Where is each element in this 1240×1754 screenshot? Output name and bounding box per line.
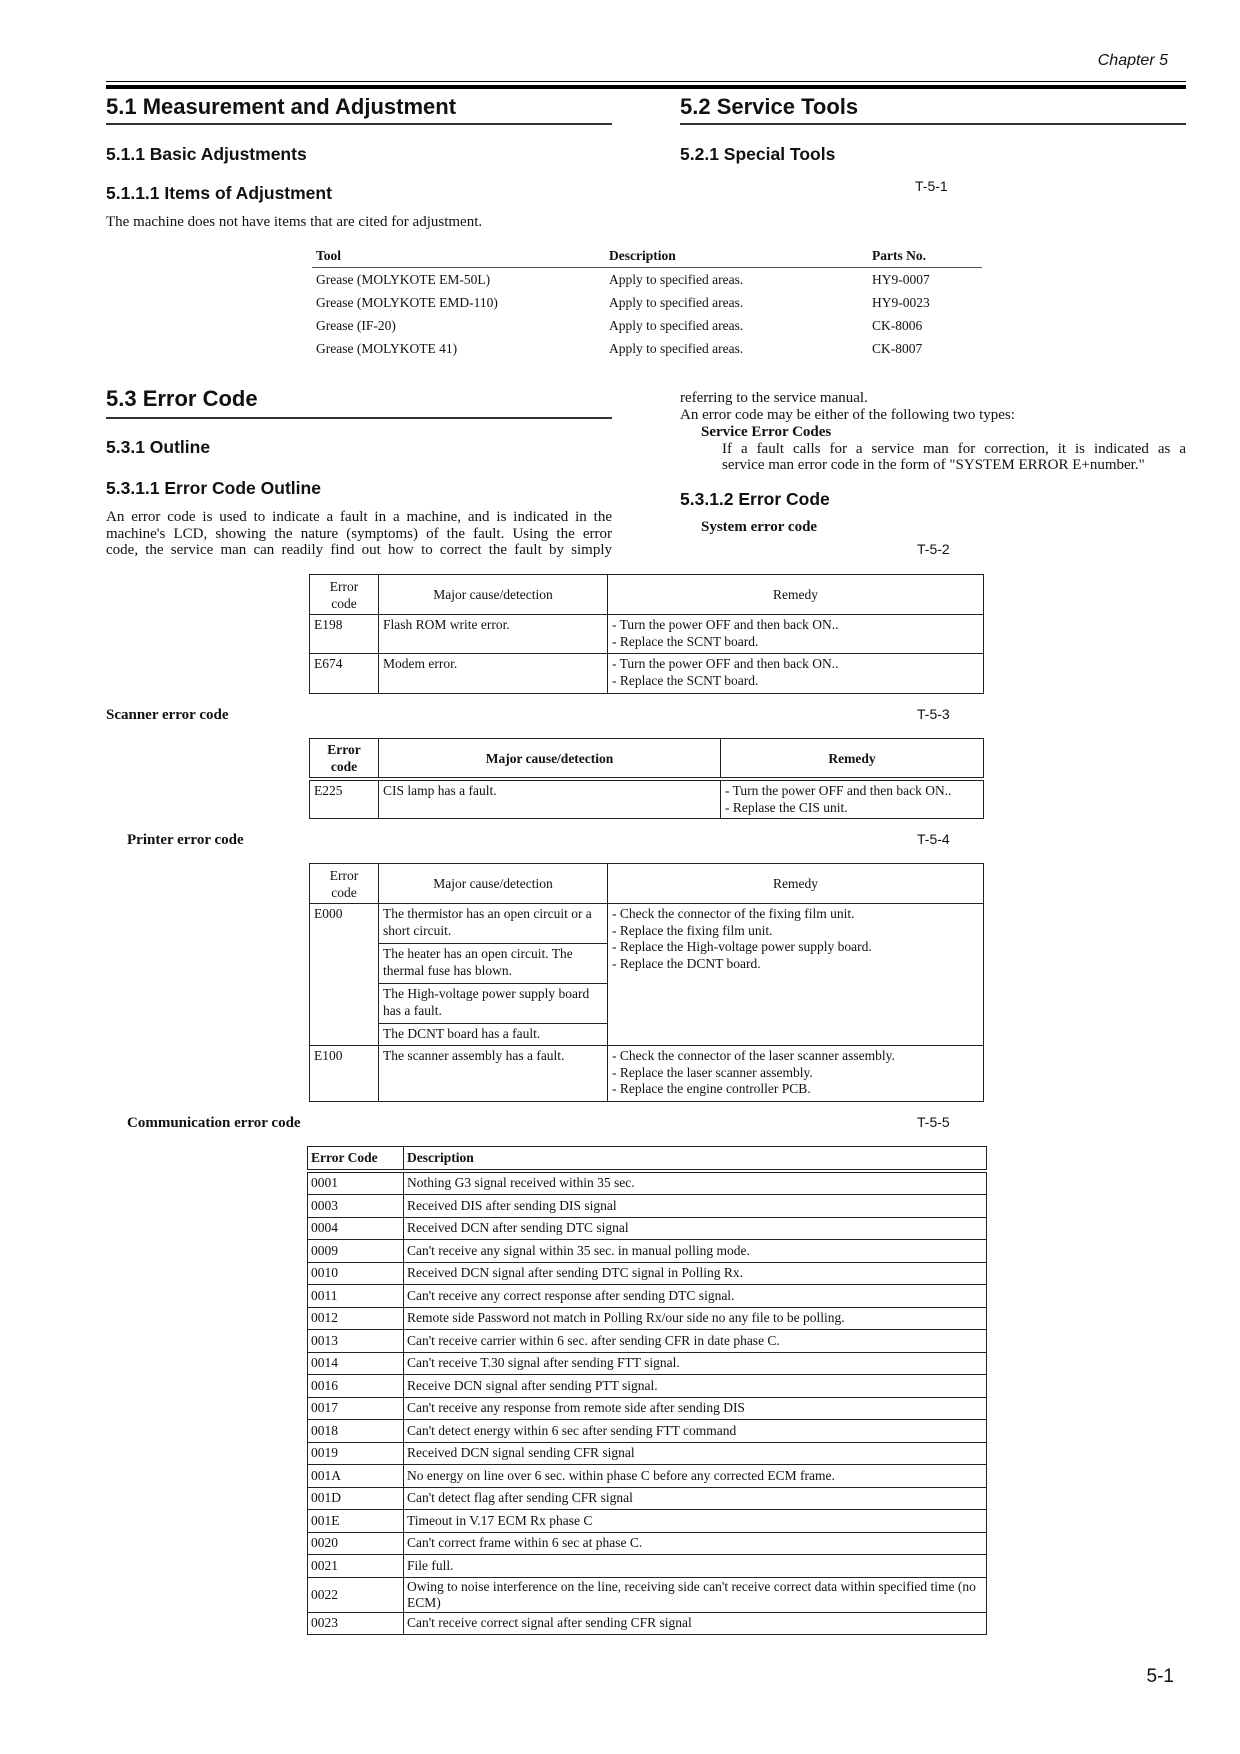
table-row: 0004Received DCN after sending DTC signa…	[308, 1217, 987, 1240]
error-description: Receive DCN signal after sending PTT sig…	[404, 1375, 987, 1398]
tool-part-number: CK-8007	[868, 337, 982, 360]
table-row: E674 Modem error. - Turn the power OFF a…	[310, 654, 984, 694]
error-code: 001D	[308, 1487, 404, 1510]
outline-continuation: referring to the service manual.	[680, 390, 868, 407]
error-cause: The High-voltage power supply board has …	[379, 984, 608, 1024]
scanner-error-code-label: Scanner error code	[106, 707, 228, 724]
col-header-error-code: Error code	[310, 739, 379, 780]
table-label-t-5-1: T-5-1	[915, 178, 948, 194]
table-row: E225 CIS lamp has a fault. - Turn the po…	[310, 779, 984, 819]
tool-name: Grease (MOLYKOTE 41)	[312, 337, 605, 360]
adjustment-text: The machine does not have items that are…	[106, 214, 482, 231]
error-cause: The thermistor has an open circuit or a …	[379, 904, 608, 944]
section-5-3-1-1-title: 5.3.1.1 Error Code Outline	[106, 478, 321, 499]
service-error-codes-line: service man error code in the form of "S…	[722, 457, 1145, 474]
error-description: Can't detect flag after sending CFR sign…	[404, 1487, 987, 1510]
col-header-parts-no: Parts No.	[868, 244, 982, 268]
col-header-cause: Major cause/detection	[379, 864, 608, 904]
tool-part-number: HY9-0007	[868, 268, 982, 292]
error-description: Can't receive T.30 signal after sending …	[404, 1352, 987, 1375]
table-row: 0023Can't receive correct signal after s…	[308, 1612, 987, 1635]
error-description: No energy on line over 6 sec. within pha…	[404, 1465, 987, 1488]
tool-description: Apply to specified areas.	[605, 291, 868, 314]
error-remedy: - Check the connector of the fixing film…	[608, 904, 984, 1046]
error-code: 0016	[308, 1375, 404, 1398]
error-code: 0013	[308, 1330, 404, 1353]
table-label-t-5-4: T-5-4	[917, 831, 950, 847]
error-remedy: - Turn the power OFF and then back ON.. …	[608, 615, 984, 654]
chapter-label: Chapter 5	[1098, 52, 1168, 70]
error-code: 0014	[308, 1352, 404, 1375]
table-row: 0009Can't receive any signal within 35 s…	[308, 1240, 987, 1263]
col-header-remedy: Remedy	[608, 575, 984, 615]
table-row: 0020Can't correct frame within 6 sec at …	[308, 1532, 987, 1555]
tool-part-number: CK-8006	[868, 314, 982, 337]
error-description: Can't receive any response from remote s…	[404, 1397, 987, 1420]
outline-paragraph: An error code is used to indicate a faul…	[106, 509, 612, 559]
error-cause: The DCNT board has a fault.	[379, 1024, 608, 1046]
table-row: 0019Received DCN signal sending CFR sign…	[308, 1442, 987, 1465]
table-row: 0014Can't receive T.30 signal after send…	[308, 1352, 987, 1375]
col-header-error-code: Error Code	[308, 1147, 404, 1171]
section-5-2-1-title: 5.2.1 Special Tools	[680, 144, 835, 165]
tool-description: Apply to specified areas.	[605, 337, 868, 360]
error-code: 001A	[308, 1465, 404, 1488]
error-code: 0021	[308, 1555, 404, 1578]
error-description: Remote side Password not match in Pollin…	[404, 1307, 987, 1330]
table-row: E100 The scanner assembly has a fault. -…	[310, 1046, 984, 1102]
error-description: Received DIS after sending DIS signal	[404, 1195, 987, 1218]
error-code: 0003	[308, 1195, 404, 1218]
table-row: 001ETimeout in V.17 ECM Rx phase C	[308, 1510, 987, 1533]
table-row: E000 The thermistor has an open circuit …	[310, 904, 984, 944]
error-cause: Modem error.	[379, 654, 608, 694]
system-error-code-label: System error code	[701, 519, 817, 536]
error-code: 0001	[308, 1171, 404, 1195]
col-header-description: Description	[404, 1147, 987, 1171]
tool-name: Grease (MOLYKOTE EMD-110)	[312, 291, 605, 314]
communication-error-code-label: Communication error code	[127, 1115, 301, 1132]
tool-part-number: HY9-0023	[868, 291, 982, 314]
col-header-remedy: Remedy	[608, 864, 984, 904]
tool-description: Apply to specified areas.	[605, 314, 868, 337]
section-5-1-underline	[106, 123, 612, 125]
error-remedy: - Turn the power OFF and then back ON.. …	[721, 779, 984, 819]
error-remedy: - Turn the power OFF and then back ON.. …	[608, 654, 984, 694]
error-description: Can't receive any correct response after…	[404, 1285, 987, 1308]
service-error-codes-title: Service Error Codes	[701, 424, 831, 441]
system-error-table: Error code Major cause/detection Remedy …	[309, 574, 984, 694]
table-row: 0012Remote side Password not match in Po…	[308, 1307, 987, 1330]
error-remedy: - Check the connector of the laser scann…	[608, 1046, 984, 1102]
error-cause: CIS lamp has a fault.	[379, 779, 721, 819]
section-5-1-1-title: 5.1.1 Basic Adjustments	[106, 144, 307, 165]
error-description: Can't receive any signal within 35 sec. …	[404, 1240, 987, 1263]
header-rule-thin	[106, 81, 1186, 82]
error-types-intro: An error code may be either of the follo…	[680, 407, 1015, 424]
section-5-1-1-1-title: 5.1.1.1 Items of Adjustment	[106, 183, 332, 204]
table-row: 0001Nothing G3 signal received within 35…	[308, 1171, 987, 1195]
table-label-t-5-2: T-5-2	[917, 541, 950, 557]
error-code: 001E	[308, 1510, 404, 1533]
table-row: 0021File full.	[308, 1555, 987, 1578]
error-code: E674	[310, 654, 379, 694]
table-row: 001DCan't detect flag after sending CFR …	[308, 1487, 987, 1510]
error-description: Received DCN signal after sending DTC si…	[404, 1262, 987, 1285]
col-header-cause: Major cause/detection	[379, 739, 721, 780]
table-row: 001ANo energy on line over 6 sec. within…	[308, 1465, 987, 1488]
error-code: E000	[310, 904, 379, 1046]
error-code: 0009	[308, 1240, 404, 1263]
table-label-t-5-5: T-5-5	[917, 1114, 950, 1130]
table-row: 0011Can't receive any correct response a…	[308, 1285, 987, 1308]
table-row: 0018Can't detect energy within 6 sec aft…	[308, 1420, 987, 1443]
error-description: Nothing G3 signal received within 35 sec…	[404, 1171, 987, 1195]
error-cause: Flash ROM write error.	[379, 615, 608, 654]
scanner-error-table: Error code Major cause/detection Remedy …	[309, 738, 984, 819]
table-row: Grease (MOLYKOTE EMD-110) Apply to speci…	[312, 291, 982, 314]
section-5-3-1-title: 5.3.1 Outline	[106, 437, 210, 458]
communication-error-table: Error Code Description 0001Nothing G3 si…	[307, 1146, 987, 1635]
error-code: 0012	[308, 1307, 404, 1330]
error-description: Can't detect energy within 6 sec after s…	[404, 1420, 987, 1443]
header-rule-thick	[106, 85, 1186, 89]
table-row: 0016Receive DCN signal after sending PTT…	[308, 1375, 987, 1398]
col-header-description: Description	[605, 244, 868, 268]
col-header-remedy: Remedy	[721, 739, 984, 780]
error-code: 0022	[308, 1577, 404, 1612]
section-5-3-underline	[106, 417, 612, 419]
section-5-2-underline	[680, 123, 1186, 125]
error-code: 0023	[308, 1612, 404, 1635]
col-header-tool: Tool	[312, 244, 605, 268]
col-header-cause: Major cause/detection	[379, 575, 608, 615]
outline-line: An error code is used to indicate a faul…	[106, 509, 612, 526]
error-description: Can't correct frame within 6 sec at phas…	[404, 1532, 987, 1555]
table-row: 0010Received DCN signal after sending DT…	[308, 1262, 987, 1285]
section-5-2-title: 5.2 Service Tools	[680, 94, 858, 120]
error-code: 0019	[308, 1442, 404, 1465]
error-code: E225	[310, 779, 379, 819]
section-5-3-title: 5.3 Error Code	[106, 386, 258, 412]
table-label-t-5-3: T-5-3	[917, 706, 950, 722]
error-code: E198	[310, 615, 379, 654]
section-5-3-1-2-title: 5.3.1.2 Error Code	[680, 489, 830, 510]
error-code: E100	[310, 1046, 379, 1102]
table-row: 0017Can't receive any response from remo…	[308, 1397, 987, 1420]
table-row: Grease (MOLYKOTE 41) Apply to specified …	[312, 337, 982, 360]
page-number: 5-1	[1147, 1666, 1174, 1688]
col-header-error-code: Error code	[310, 575, 379, 615]
error-description: Owing to noise interference on the line,…	[404, 1577, 987, 1612]
col-header-error-code: Error code	[310, 864, 379, 904]
service-error-codes-line: If a fault calls for a service man for c…	[722, 441, 1186, 458]
outline-line: code, the service man can readily find o…	[106, 542, 612, 559]
outline-line: machine's LCD, showing the nature (sympt…	[106, 526, 612, 543]
printer-error-code-label: Printer error code	[127, 832, 244, 849]
table-row: 0013Can't receive carrier within 6 sec. …	[308, 1330, 987, 1353]
error-code: 0011	[308, 1285, 404, 1308]
error-description: Timeout in V.17 ECM Rx phase C	[404, 1510, 987, 1533]
table-row: E198 Flash ROM write error. - Turn the p…	[310, 615, 984, 654]
error-description: Received DCN after sending DTC signal	[404, 1217, 987, 1240]
error-code: 0004	[308, 1217, 404, 1240]
tool-name: Grease (IF-20)	[312, 314, 605, 337]
error-description: Can't receive carrier within 6 sec. afte…	[404, 1330, 987, 1353]
error-description: Can't receive correct signal after sendi…	[404, 1612, 987, 1635]
error-code: 0017	[308, 1397, 404, 1420]
error-cause: The scanner assembly has a fault.	[379, 1046, 608, 1102]
special-tools-table: Tool Description Parts No. Grease (MOLYK…	[312, 244, 982, 360]
table-row: Grease (IF-20) Apply to specified areas.…	[312, 314, 982, 337]
tool-name: Grease (MOLYKOTE EM-50L)	[312, 268, 605, 292]
error-cause: The heater has an open circuit. The ther…	[379, 944, 608, 984]
table-row: 0003Received DIS after sending DIS signa…	[308, 1195, 987, 1218]
tool-description: Apply to specified areas.	[605, 268, 868, 292]
table-row: Grease (MOLYKOTE EM-50L) Apply to specif…	[312, 268, 982, 292]
error-description: Received DCN signal sending CFR signal	[404, 1442, 987, 1465]
section-5-1-title: 5.1 Measurement and Adjustment	[106, 94, 456, 120]
error-code: 0018	[308, 1420, 404, 1443]
error-code: 0020	[308, 1532, 404, 1555]
error-description: File full.	[404, 1555, 987, 1578]
printer-error-table: Error code Major cause/detection Remedy …	[309, 863, 984, 1102]
table-row: 0022Owing to noise interference on the l…	[308, 1577, 987, 1612]
error-code: 0010	[308, 1262, 404, 1285]
